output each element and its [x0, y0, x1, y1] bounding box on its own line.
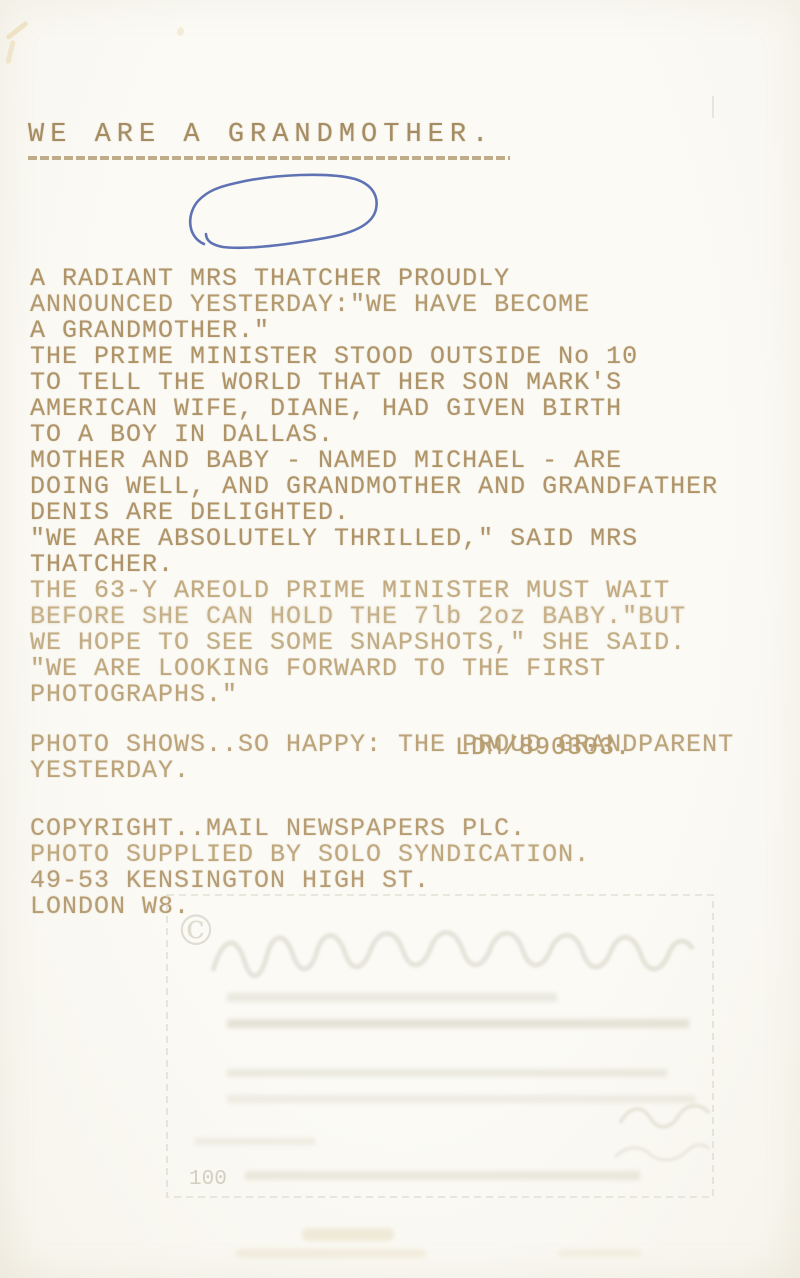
stamp-number-fragment: 100 [189, 1168, 227, 1191]
stamp-signature-illegible [615, 1106, 709, 1160]
copyright-stamp: © 100 [165, 893, 717, 1205]
typewritten-line: THATCHER. [30, 552, 718, 578]
ink-smudge [558, 1249, 642, 1257]
paper-speck [177, 27, 184, 36]
headline: WE ARE A GRANDMOTHER. [28, 120, 494, 150]
typewritten-line: MOTHER AND BABY - NAMED MICHAEL - ARE [30, 448, 718, 474]
typewritten-line: DENIS ARE DELIGHTED. [30, 500, 718, 526]
typewritten-line: TO TELL THE WORLD THAT HER SON MARK'S [30, 370, 718, 396]
stamp-script-illegible [213, 932, 693, 975]
typewritten-line: A GRANDMOTHER." [30, 318, 718, 344]
typewritten-line: "WE ARE ABSOLUTELY THRILLED," SAID MRS [30, 526, 718, 552]
photo-caption-card: WE ARE A GRANDMOTHER. A RADIANT MRS THAT… [0, 0, 800, 1278]
pen-circle-annotation [178, 170, 388, 265]
typewritten-line: COPYRIGHT..MAIL NEWSPAPERS PLC. [30, 816, 590, 842]
ink-smudge [302, 1228, 394, 1241]
ink-smudge [236, 1249, 426, 1258]
typewritten-line: AMERICAN WIFE, DIANE, HAD GIVEN BIRTH [30, 396, 718, 422]
reference-number: LDM/890303. [455, 733, 631, 762]
typewritten-line: PHOTO SUPPLIED BY SOLO SYNDICATION. [30, 842, 590, 868]
typewritten-line: THE PRIME MINISTER STOOD OUTSIDE No 10 [30, 344, 718, 370]
typewritten-line: BEFORE SHE CAN HOLD THE 7lb 2oz BABY."BU… [30, 604, 718, 630]
paper-crease [712, 96, 714, 118]
typewritten-line: 49-53 KENSINGTON HIGH ST. [30, 868, 590, 894]
corner-ink-mark [5, 21, 29, 41]
headline-underline [28, 156, 510, 160]
typewritten-line: ANNOUNCED YESTERDAY:"WE HAVE BECOME [30, 292, 718, 318]
copyright-symbol: © [175, 906, 217, 955]
pen-stroke [190, 175, 376, 248]
typewritten-line: WE HOPE TO SEE SOME SNAPSHOTS," SHE SAID… [30, 630, 718, 656]
typewritten-line: DOING WELL, AND GRANDMOTHER AND GRANDFAT… [30, 474, 718, 500]
typewritten-line: THE 63-Y AREOLD PRIME MINISTER MUST WAIT [30, 578, 718, 604]
corner-ink-mark [5, 40, 16, 64]
typewritten-line: A RADIANT MRS THATCHER PROUDLY [30, 266, 718, 292]
typewritten-line: TO A BOY IN DALLAS. [30, 422, 718, 448]
body-text: A RADIANT MRS THATCHER PROUDLYANNOUNCED … [30, 212, 718, 708]
